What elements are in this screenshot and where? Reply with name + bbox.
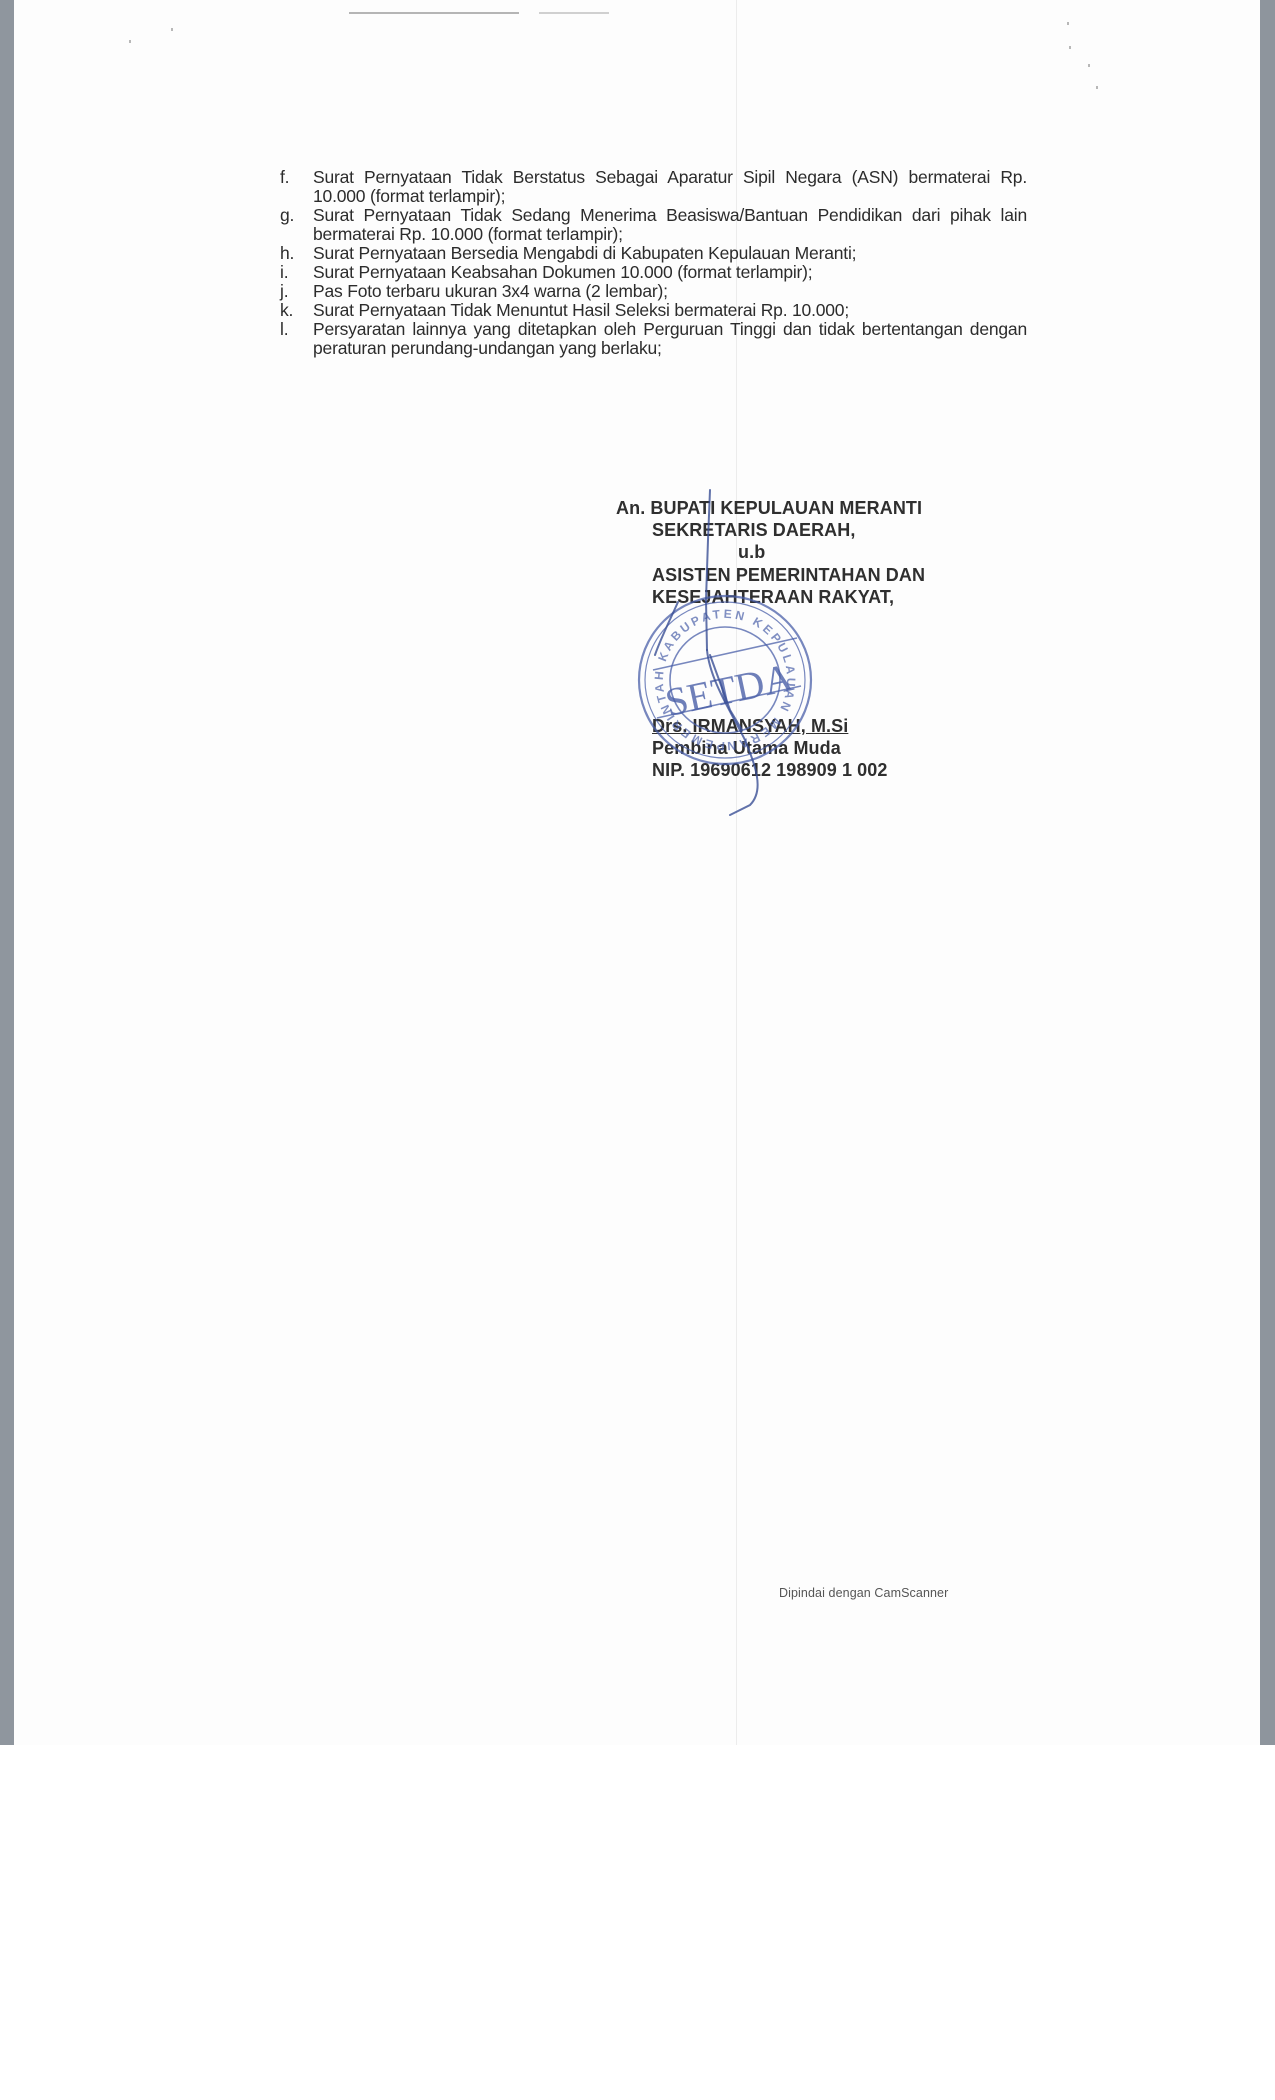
list-marker: g. bbox=[280, 206, 294, 225]
scan-speck bbox=[171, 28, 173, 31]
scan-artifact bbox=[539, 12, 609, 14]
scan-speck bbox=[1088, 64, 1090, 67]
list-marker: i. bbox=[280, 263, 288, 282]
requirement-text: Surat Pernyataan Tidak Menuntut Hasil Se… bbox=[313, 300, 849, 320]
requirement-text: Surat Pernyataan Tidak Sedang Menerima B… bbox=[313, 205, 1027, 244]
scan-left-border bbox=[0, 0, 14, 1745]
requirement-item: l.Persyaratan lainnya yang ditetapkan ol… bbox=[280, 320, 1027, 358]
requirement-item: i.Surat Pernyataan Keabsahan Dokumen 10.… bbox=[280, 263, 1027, 282]
list-marker: f. bbox=[280, 168, 289, 187]
signatory-rank: Pembina Utama Muda bbox=[652, 737, 841, 759]
scan-speck bbox=[1096, 86, 1098, 89]
requirement-text: Surat Pernyataan Bersedia Mengabdi di Ka… bbox=[313, 243, 856, 263]
requirement-item: h.Surat Pernyataan Bersedia Mengabdi di … bbox=[280, 244, 1027, 263]
list-marker: j. bbox=[280, 282, 288, 301]
requirements-list: f.Surat Pernyataan Tidak Berstatus Sebag… bbox=[280, 168, 1027, 358]
scan-right-border bbox=[1260, 0, 1275, 1745]
requirement-item: f.Surat Pernyataan Tidak Berstatus Sebag… bbox=[280, 168, 1027, 206]
on-behalf-label: u.b bbox=[738, 541, 765, 563]
requirement-text: Surat Pernyataan Tidak Berstatus Sebagai… bbox=[313, 167, 1027, 206]
list-marker: h. bbox=[280, 244, 294, 263]
signatory-authority: An. BUPATI KEPULAUAN MERANTI bbox=[616, 497, 922, 519]
signatory-position-line1: ASISTEN PEMERINTAHAN DAN bbox=[652, 564, 925, 586]
signatory-nip: NIP. 19690612 198909 1 002 bbox=[652, 759, 887, 781]
scanner-watermark: Dipindai dengan CamScanner bbox=[779, 1586, 948, 1600]
signatory-name: Drs. IRMANSYAH, M.Si bbox=[652, 715, 848, 737]
requirement-item: j.Pas Foto terbaru ukuran 3x4 warna (2 l… bbox=[280, 282, 1027, 301]
list-marker: k. bbox=[280, 301, 293, 320]
scan-speck bbox=[129, 40, 131, 43]
scan-artifact bbox=[349, 12, 519, 14]
requirement-item: k.Surat Pernyataan Tidak Menuntut Hasil … bbox=[280, 301, 1027, 320]
signatory-position-line2: KESEJAHTERAAN RAKYAT, bbox=[652, 586, 894, 608]
requirement-text: Pas Foto terbaru ukuran 3x4 warna (2 lem… bbox=[313, 281, 668, 301]
signatory-office: SEKRETARIS DAERAH, bbox=[652, 519, 855, 541]
list-marker: l. bbox=[280, 320, 288, 339]
scan-speck bbox=[1067, 22, 1069, 25]
requirement-text: Persyaratan lainnya yang ditetapkan oleh… bbox=[313, 319, 1027, 358]
requirement-text: Surat Pernyataan Keabsahan Dokumen 10.00… bbox=[313, 262, 812, 282]
requirement-item: g.Surat Pernyataan Tidak Sedang Menerima… bbox=[280, 206, 1027, 244]
scan-speck bbox=[1069, 46, 1071, 49]
